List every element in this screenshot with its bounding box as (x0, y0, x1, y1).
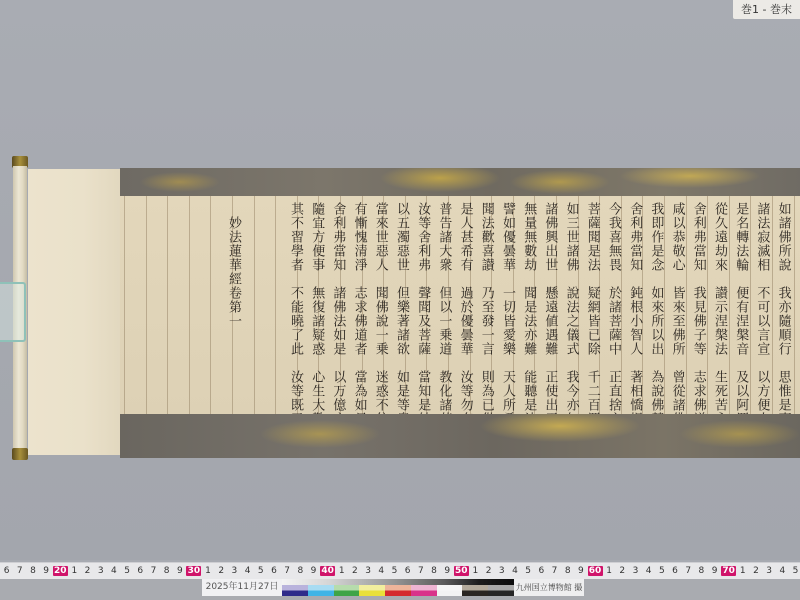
sutra-text-column: 我即作是念 如來所以出 為說佛慧故 今正是其時 (646, 202, 664, 414)
sutra-text-column: 菩薩聞是法 疑網皆已除 千二百羅漢 悉亦當作佛 (583, 202, 601, 414)
color-swatch (411, 585, 437, 596)
sutra-text-column: 是人甚希有 過於優曇華 汝等勿有疑 我為諸法王 (456, 202, 474, 414)
color-swatch (385, 585, 411, 596)
ruled-line (167, 196, 168, 414)
ruler-tick: 1 (736, 566, 749, 576)
ruler-tick: 4 (508, 566, 521, 576)
ruled-line (729, 196, 730, 414)
sutra-text-column: 諸佛興出世 懸遠値遇難 正使出于世 說是法復難 (540, 202, 558, 414)
capture-date-label: 2025年11月27日 (202, 579, 282, 596)
sutra-text-column: 當來世惡人 聞佛說一乗 迷惑不信受 破法墮惡道 (371, 202, 389, 414)
ruler-tick: 1 (469, 566, 482, 576)
ruler-tick: 8 (26, 566, 39, 576)
ruled-line (189, 196, 190, 414)
ruler-tick: 5 (388, 566, 401, 576)
ruler-tick: 2 (81, 566, 94, 576)
color-calibration-chart (282, 579, 514, 596)
ruler-tick: 2 (616, 566, 629, 576)
color-swatch (462, 585, 488, 596)
ruler-tick: 6 (535, 566, 548, 576)
page-indicator: 巻1 - 巻末 (733, 0, 800, 19)
sutra-text-column: 聞法歡喜讃 乃至發一言 則為已供養 一切三世佛 (477, 202, 495, 414)
ruled-line (146, 196, 147, 414)
ruler-tick: 7 (548, 566, 561, 576)
color-swatches (282, 585, 514, 596)
ruler-major-tick: 70 (721, 566, 736, 576)
sutra-text-column: 從久遠劫來 讃示涅槃法 生死苦永盡 我常如是說 (710, 202, 728, 414)
ruler-major-tick: 20 (53, 566, 68, 576)
ruler-tick: 8 (695, 566, 708, 576)
sutra-text-column: 舍利弗當知 鈍根小智人 著相憍慢者 不能信是法 (625, 202, 643, 414)
ruler-tick: 4 (776, 566, 789, 576)
ruler-tick: 9 (173, 566, 186, 576)
color-swatch (334, 585, 360, 596)
sutra-text-column: 如三世諸佛 說法之儀式 我今亦如是 說無分別法 (562, 202, 580, 414)
ruled-line (686, 196, 687, 414)
ruler-tick: 2 (482, 566, 495, 576)
ruler-tick: 3 (495, 566, 508, 576)
color-swatch (488, 585, 514, 596)
scroll-blank-leader (28, 169, 120, 455)
ruler-tick: 3 (763, 566, 776, 576)
ruler-tick: 1 (201, 566, 214, 576)
sutra-text-column: 如諸佛所說 我亦隨順行 思惟是事已 即趣波羅奈 (774, 202, 792, 414)
ruler-tick: 5 (254, 566, 267, 576)
sutra-text-column: 汝等舍利弗 聲聞及菩薩 當知是妙法 諸佛之秘要 (413, 202, 431, 414)
ruler-tick: 7 (13, 566, 26, 576)
ruler-tick: 6 (668, 566, 681, 576)
sutra-text-column: 無量無數劫 聞是法亦難 能聽是法者 斯人亦復難 (519, 202, 537, 414)
ruler-tick: 2 (749, 566, 762, 576)
measurement-ruler: 6789201234567893012345678940123456789501… (0, 562, 800, 580)
ruler-tick: 4 (241, 566, 254, 576)
gold-decorated-bottom-border (120, 414, 800, 458)
ruler-tick: 6 (134, 566, 147, 576)
sutra-scroll-image[interactable]: 妙法蓮華經卷第一其不習學者 不能曉了此 汝等既已知 諸佛世之師隨宜方便事 無復諸… (120, 168, 800, 458)
roller-bottom-cap (12, 448, 28, 460)
ruler-tick: 5 (789, 566, 800, 576)
ruler-major-tick: 40 (320, 566, 335, 576)
photo-credit-label: 九州国立博物館 撮影 (514, 579, 584, 596)
ruler-major-tick: 60 (588, 566, 603, 576)
sutra-text-column: 舍利弗當知 諸佛法如是 以万億方便 隨宜而說法 (328, 202, 346, 414)
sutra-text-column: 其不習學者 不能曉了此 汝等既已知 諸佛世之師 (286, 202, 304, 414)
ruler-tick: 1 (603, 566, 616, 576)
ruler-tick: 6 (267, 566, 280, 576)
ruler-tick: 3 (94, 566, 107, 576)
ruled-line (254, 196, 255, 414)
sutra-text-column: 譬如優曇華 一切皆愛樂 天人所希有 時時乃一出 (498, 202, 516, 414)
ruler-tick: 8 (427, 566, 440, 576)
sutra-text-column: 普告諸大衆 但以一乗道 教化諸菩薩 無聲聞弟子 (434, 202, 452, 414)
color-swatch (359, 585, 385, 596)
ruler-tick: 4 (107, 566, 120, 576)
ruler-tick: 6 (401, 566, 414, 576)
scroll-clip (0, 282, 26, 342)
sutra-title-column: 妙法蓮華經卷第一 (224, 216, 242, 428)
color-swatch (308, 585, 334, 596)
ruler-tick: 7 (414, 566, 427, 576)
ruled-line (275, 196, 276, 414)
ruler-tick: 5 (655, 566, 668, 576)
ruler-tick: 2 (348, 566, 361, 576)
ruler-tick: 9 (307, 566, 320, 576)
ruler-tick: 6 (0, 566, 13, 576)
color-swatch (437, 585, 463, 596)
ruler-tick: 7 (682, 566, 695, 576)
sutra-text-column: 深淨微妙音 喜稱南无佛 復作如是念 我出濁惡世 (795, 202, 800, 414)
gold-decorated-top-border (120, 168, 800, 196)
ruler-tick: 3 (362, 566, 375, 576)
ruler-tick: 9 (708, 566, 721, 576)
ruler-tick: 1 (335, 566, 348, 576)
sutra-text-column: 是名轉法輪 便有涅槃音 及以阿羅漢 法僧差別名 (731, 202, 749, 414)
ruler-tick: 8 (294, 566, 307, 576)
ruled-line (750, 196, 751, 414)
ruler-major-tick: 30 (186, 566, 201, 576)
sutra-text-column: 咸以恭敬心 皆來至佛所 曾從諸佛聞 方便所說法 (668, 202, 686, 414)
sutra-text-column: 諸法寂滅相 不可以言宣 以方便力故 為五比丘說 (752, 202, 770, 414)
ruler-tick: 5 (522, 566, 535, 576)
sutra-text-column: 舍利弗當知 我見佛子等 志求佛道者 無量千万億 (689, 202, 707, 414)
ruler-tick: 8 (561, 566, 574, 576)
sutra-text-column: 有慚愧清淨 志求佛道者 當為如是等 廣讃一乗道 (350, 202, 368, 414)
text-area: 妙法蓮華經卷第一其不習學者 不能曉了此 汝等既已知 諸佛世之師隨宜方便事 無復諸… (120, 196, 800, 414)
color-swatch (282, 585, 308, 596)
sutra-text-column: 今我喜無畏 於諸菩薩中 正直捨方便 但說無上道 (604, 202, 622, 414)
sutra-text-column: 以五濁惡世 但樂著諸欲 如是等衆生 終不求佛道 (392, 202, 410, 414)
ruled-line (707, 196, 708, 414)
ruler-tick: 9 (441, 566, 454, 576)
ruler-tick: 5 (121, 566, 134, 576)
ruler-tick: 4 (375, 566, 388, 576)
ruler-tick: 3 (228, 566, 241, 576)
ruler-tick: 2 (215, 566, 228, 576)
ruler-tick: 1 (68, 566, 81, 576)
sutra-text-column: 隨宜方便事 無復諸疑惑 心生大歡喜 自知當作佛 (307, 202, 325, 414)
ruler-tick: 3 (629, 566, 642, 576)
ruler-tick: 7 (147, 566, 160, 576)
ruler-tick: 8 (160, 566, 173, 576)
ruler-tick: 4 (642, 566, 655, 576)
ruled-line (124, 196, 125, 414)
ruler-tick: 7 (281, 566, 294, 576)
ruler-major-tick: 50 (454, 566, 469, 576)
ruler-tick: 9 (40, 566, 53, 576)
ruler-tick: 9 (574, 566, 587, 576)
ruled-line (210, 196, 211, 414)
